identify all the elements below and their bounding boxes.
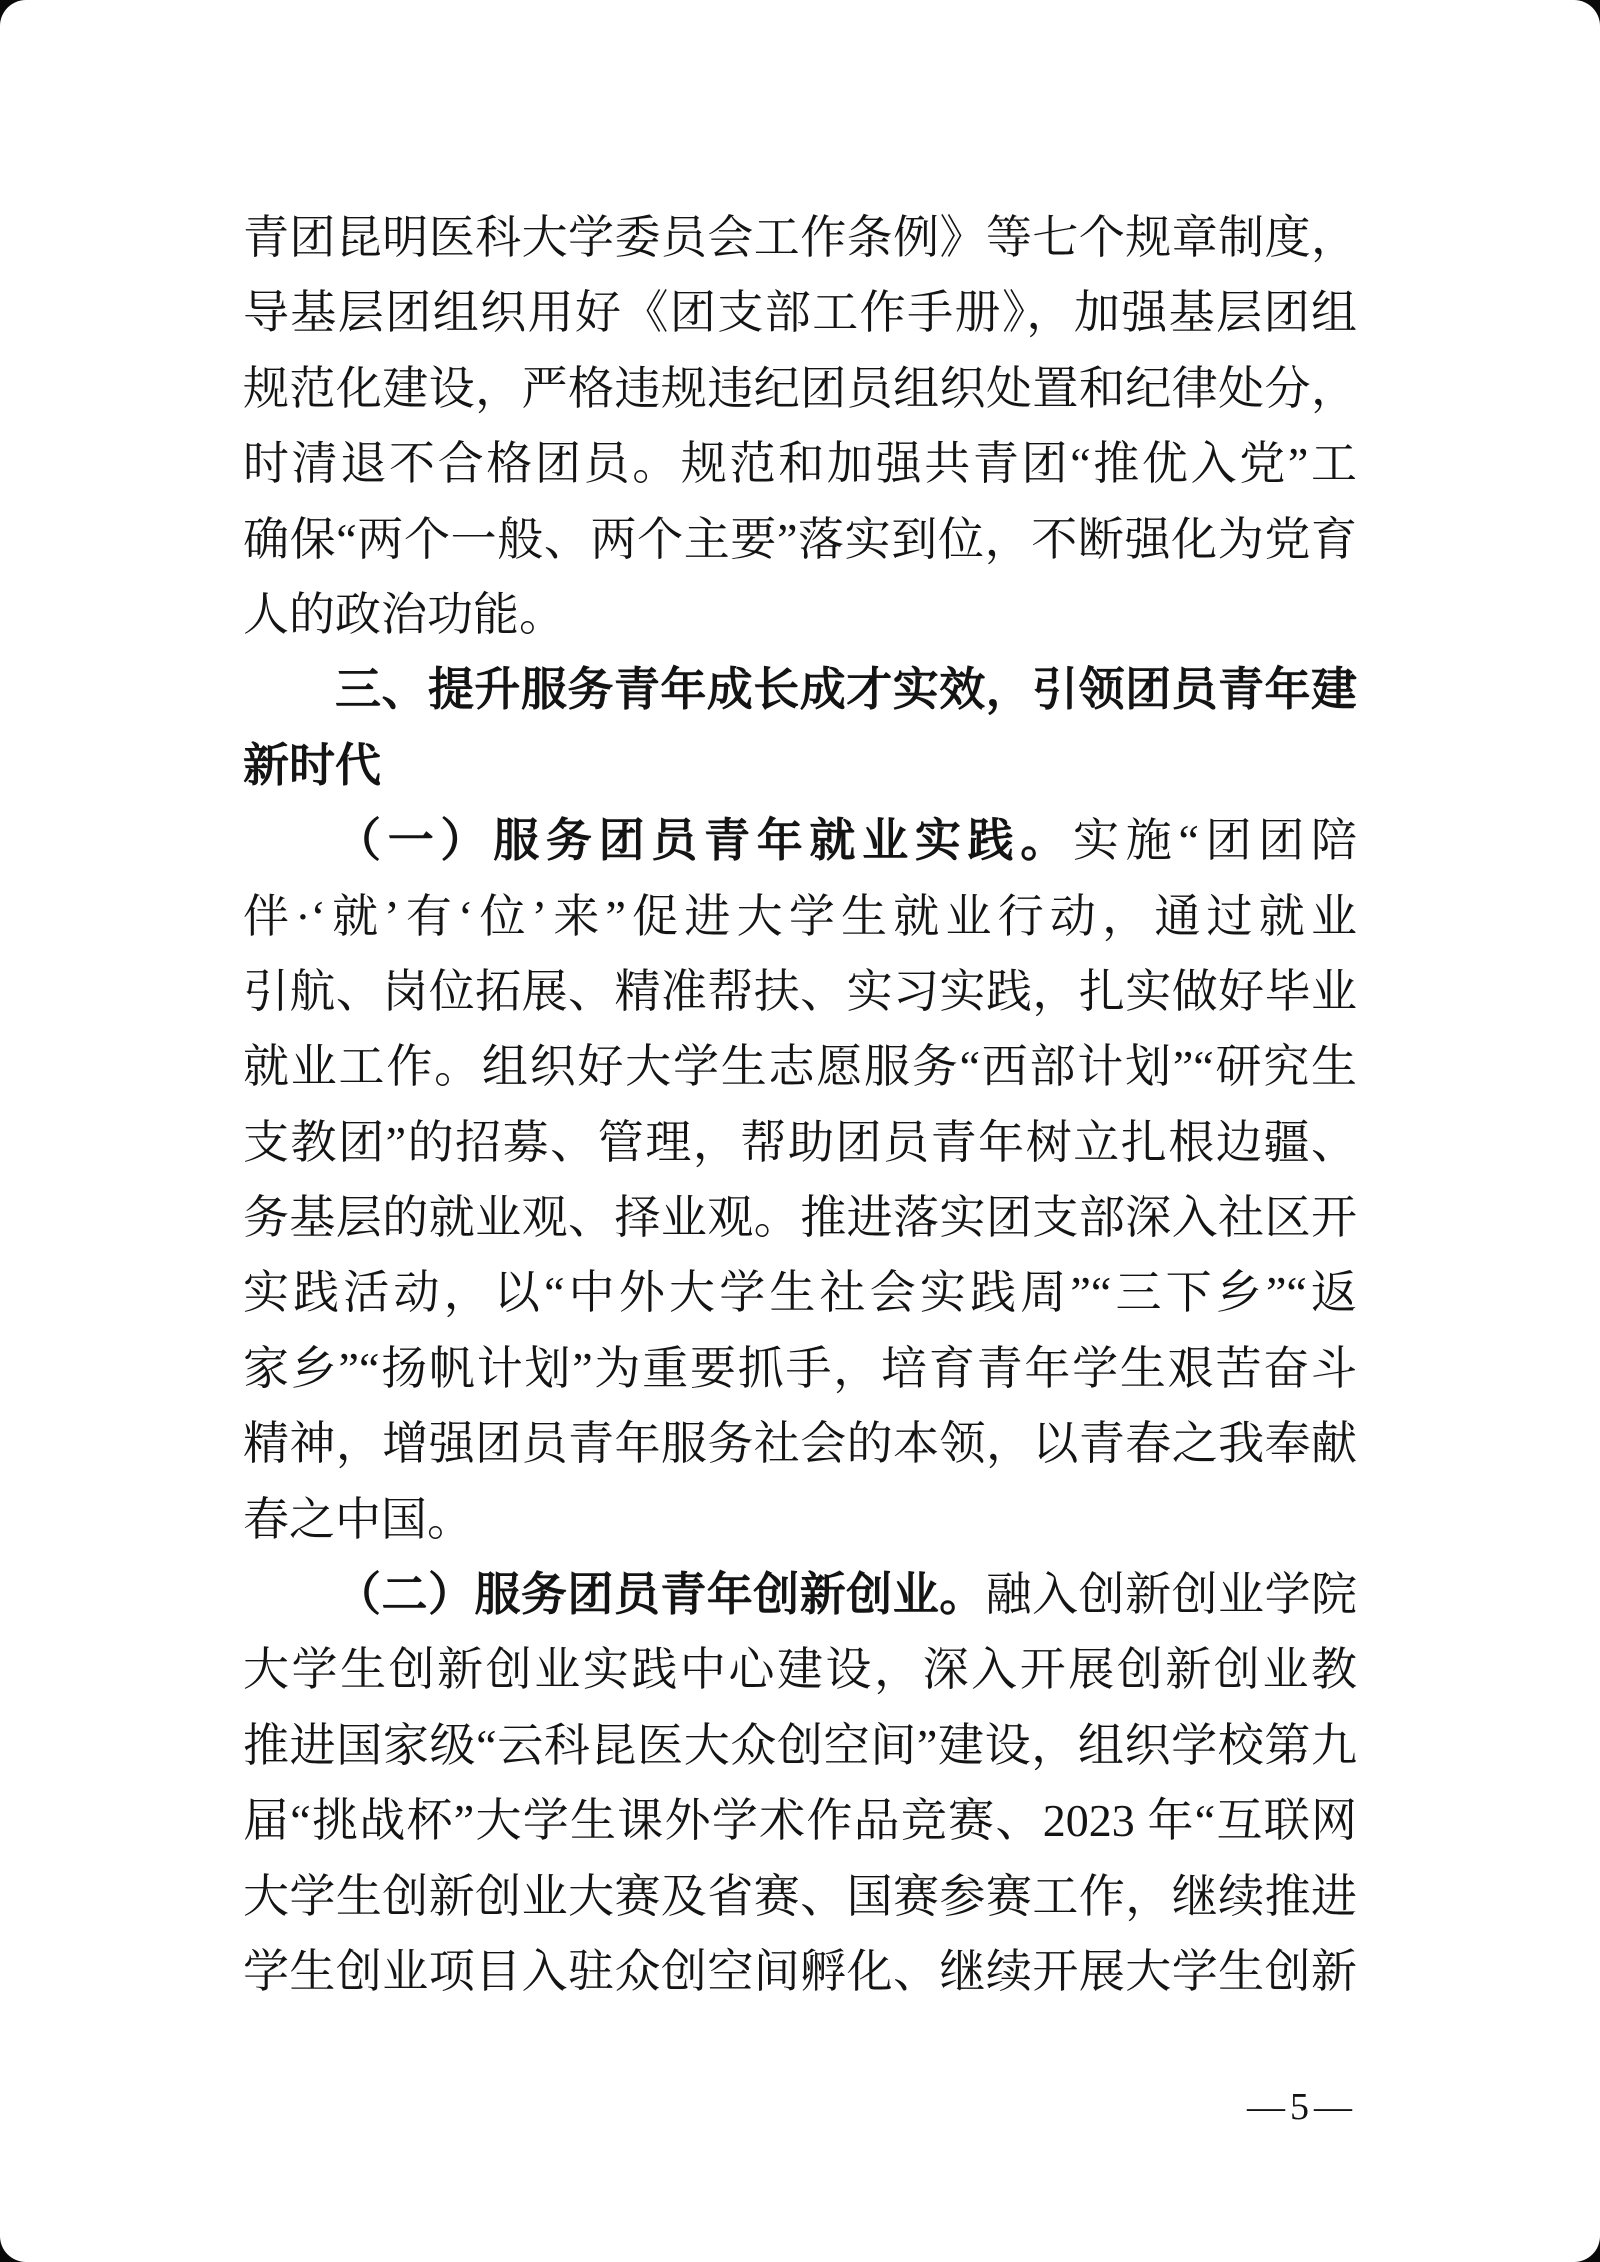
section-heading-line: 三、提升服务青年成长成才实效，引领团员青年建功 bbox=[243, 652, 1357, 727]
text-line: 学生创业项目入驻众创空间孵化、继续开展大学生创新创 bbox=[243, 1934, 1357, 2009]
text-line: 青团昆明医科大学委员会工作条例》等七个规章制度，指 bbox=[243, 200, 1357, 275]
text-segment: 导基层团组织用好《团支部工作手册》，加强基层团组织 bbox=[243, 287, 1357, 350]
text-segment: 春之中国。 bbox=[243, 1494, 473, 1545]
text-segment: 大学生创新创业大赛及省赛、国赛参赛工作，继续推进大 bbox=[243, 1871, 1357, 1934]
text-line: 大学生创新创业实践中心建设，深入开展创新创业教育， bbox=[243, 1632, 1357, 1707]
text-line: 导基层团组织用好《团支部工作手册》，加强基层团组织 bbox=[243, 275, 1357, 350]
text-line: 伴·‘就’有‘位’来”促进大学生就业行动，通过就业 bbox=[243, 879, 1357, 954]
text-segment: 规范化建设，严格违规违纪团员组织处置和纪律处分，及 bbox=[243, 363, 1357, 426]
text-segment: 确保“两个一般、两个主要”落实到位，不断强化为党育 bbox=[243, 514, 1357, 565]
text-segment: 推进国家级“云科昆医大众创空间”建设，组织学校第九 bbox=[243, 1720, 1357, 1771]
text-segment: 届“挑战杯”大学生课外学术作品竞赛、2023 年“互联网+” bbox=[243, 1795, 1357, 1858]
text-line: 届“挑战杯”大学生课外学术作品竞赛、2023 年“互联网+” bbox=[243, 1783, 1357, 1858]
text-line: 务基层的就业观、择业观。推进落实团支部深入社区开展 bbox=[243, 1180, 1357, 1255]
text-line: 大学生创新创业大赛及省赛、国赛参赛工作，继续推进大 bbox=[243, 1859, 1357, 1934]
text-line: 时清退不合格团员。规范和加强共青团“推优入党”工作， bbox=[243, 426, 1357, 501]
text-line: 实践活动，以“中外大学生社会实践周”“三下乡”“返 bbox=[243, 1255, 1357, 1330]
text-line: 推进国家级“云科昆医大众创空间”建设，组织学校第九 bbox=[243, 1708, 1357, 1783]
text-line: 人的政治功能。 bbox=[243, 577, 1357, 652]
section-heading-line: 新时代 bbox=[243, 728, 1357, 803]
text-line: 确保“两个一般、两个主要”落实到位，不断强化为党育 bbox=[243, 502, 1357, 577]
text-line: 支教团”的招募、管理，帮助团员青年树立扎根边疆、服 bbox=[243, 1105, 1357, 1180]
document-page: 青团昆明医科大学委员会工作条例》等七个规章制度，指导基层团组织用好《团支部工作手… bbox=[0, 0, 1600, 2262]
paragraph-lead: （二）服务团员青年创新创业。 bbox=[335, 1569, 986, 1620]
paragraph-lead: （一）服务团员青年就业实践。 bbox=[335, 815, 1073, 866]
text-segment: 新时代 bbox=[243, 739, 381, 791]
text-line: 春之中国。 bbox=[243, 1482, 1357, 1557]
text-line: 家乡”“扬帆计划”为重要抓手，培育青年学生艰苦奋斗 bbox=[243, 1331, 1357, 1406]
text-segment: 支教团”的招募、管理，帮助团员青年树立扎根边疆、服 bbox=[243, 1117, 1357, 1180]
text-line: （二）服务团员青年创新创业。融入创新创业学院和 bbox=[243, 1557, 1357, 1632]
text-segment: 青团昆明医科大学委员会工作条例》等七个规章制度，指 bbox=[243, 212, 1357, 275]
text-segment: 就业工作。组织好大学生志愿服务“西部计划”“研究生 bbox=[243, 1041, 1357, 1092]
text-line: （一）服务团员青年就业实践。实施“团团陪 bbox=[243, 803, 1357, 878]
text-segment: 三、提升服务青年成长成才实效，引领团员青年建功 bbox=[243, 663, 1357, 727]
text-line: 就业工作。组织好大学生志愿服务“西部计划”“研究生 bbox=[243, 1029, 1357, 1104]
text-segment: 人的政治功能。 bbox=[243, 589, 565, 640]
document-body: 青团昆明医科大学委员会工作条例》等七个规章制度，指导基层团组织用好《团支部工作手… bbox=[243, 200, 1357, 2009]
text-line: 规范化建设，严格违规违纪团员组织处置和纪律处分，及 bbox=[243, 351, 1357, 426]
text-segment: 大学生创新创业实践中心建设，深入开展创新创业教育， bbox=[243, 1644, 1357, 1707]
text-segment: 精神，增强团员青年服务社会的本领，以青春之我奉献青 bbox=[243, 1418, 1357, 1481]
text-segment: 学生创业项目入驻众创空间孵化、继续开展大学生创新创 bbox=[243, 1946, 1357, 2009]
text-segment: 家乡”“扬帆计划”为重要抓手，培育青年学生艰苦奋斗 bbox=[243, 1343, 1357, 1394]
text-segment: 实施“团团陪 bbox=[1073, 815, 1357, 866]
text-segment: 时清退不合格团员。规范和加强共青团“推优入党”工作， bbox=[243, 438, 1357, 501]
text-segment: 引航、岗位拓展、精准帮扶、实习实践，扎实做好毕业生 bbox=[243, 966, 1357, 1029]
text-segment: 实践活动，以“中外大学生社会实践周”“三下乡”“返 bbox=[243, 1267, 1357, 1318]
text-segment: 伴·‘就’有‘位’来”促进大学生就业行动，通过就业 bbox=[243, 891, 1357, 942]
text-segment: 务基层的就业观、择业观。推进落实团支部深入社区开展 bbox=[243, 1192, 1357, 1255]
text-line: 精神，增强团员青年服务社会的本领，以青春之我奉献青 bbox=[243, 1406, 1357, 1481]
text-line: 引航、岗位拓展、精准帮扶、实习实践，扎实做好毕业生 bbox=[243, 954, 1357, 1029]
page-number: —5— bbox=[1247, 2086, 1357, 2128]
